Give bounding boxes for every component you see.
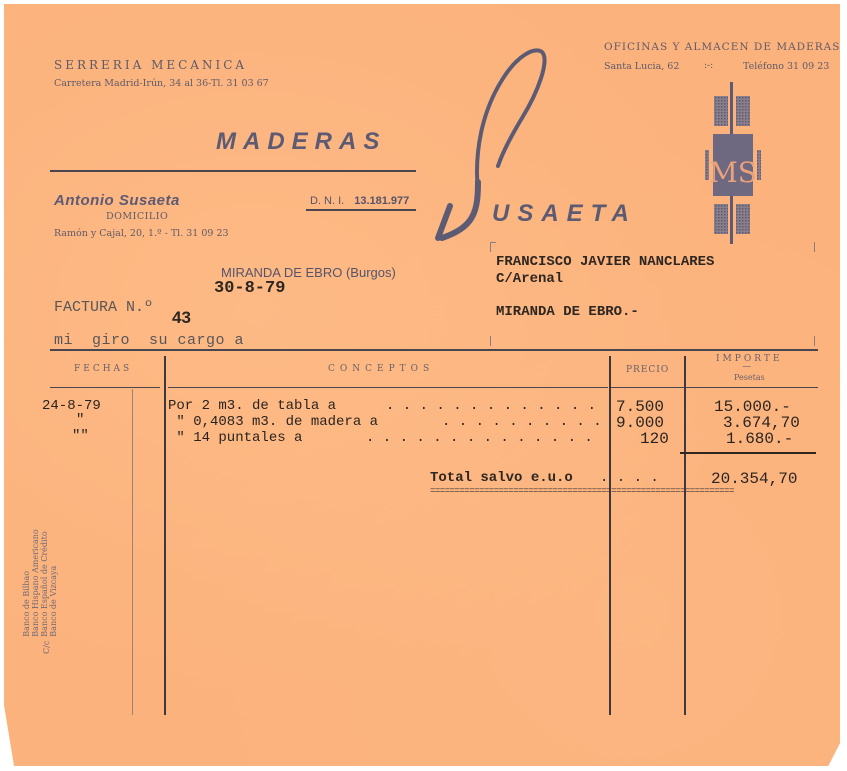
invoice-city: MIRANDA DE EBRO (Burgos) — [221, 265, 396, 280]
domicilio-label: DOMICILIO — [106, 211, 168, 222]
offices-separator: :-: — [704, 61, 713, 71]
recipient-city: MIRANDA DE EBRO.- — [496, 304, 639, 320]
bank-line: Banco Hispano Americano — [31, 529, 40, 636]
header-fechas: FECHAS — [74, 364, 132, 374]
bank-list: C/c Banco de Bilbao Banco Hispano Americ… — [22, 494, 172, 654]
dni-underline — [306, 209, 416, 211]
window-mark-br — [814, 336, 815, 346]
total-dots: . . . . — [600, 470, 659, 486]
bank-prefix: C/c — [22, 641, 58, 654]
row-concepto: " 14 puntales a — [168, 430, 302, 446]
recipient-street: C/Arenal — [496, 271, 563, 287]
row-fecha: " — [76, 412, 84, 428]
invoice-paper: SERRERIA MECANICA Carretera Madrid-Irún,… — [4, 4, 840, 766]
importe-divider — [684, 356, 686, 715]
svg-text:MS: MS — [709, 156, 757, 189]
window-mark-tr — [814, 242, 815, 252]
brand-susaeta: USAETA — [492, 200, 637, 228]
row-dots: . . . . . . . . . . — [442, 414, 602, 430]
window-mark-bl — [490, 336, 491, 346]
dni-number: 13.181.977 — [354, 195, 409, 207]
subtotal-rule — [680, 452, 816, 454]
bank-line: Banco Español de Crédito — [40, 529, 49, 636]
offices-address: Santa Lucia, 62 — [604, 61, 679, 72]
invoice-number: 43 — [172, 308, 191, 328]
fechas-header-rule — [50, 387, 160, 388]
conceptos-header-rule — [168, 387, 608, 388]
row-importe: 1.680.- — [726, 430, 793, 448]
ms-monogram-icon: MS — [700, 82, 766, 244]
header-precio: PRECIO — [626, 365, 669, 375]
header-importe-dash: — — [742, 362, 751, 372]
total-double-rule: ========================================… — [430, 486, 816, 496]
row-dots: . . . . . . . . . . . . . — [386, 398, 596, 414]
domicilio-address: Ramón y Cajal, 20, 1.º - Tl. 31 09 23 — [54, 228, 229, 239]
importe-header-rule — [686, 387, 818, 388]
offices-phone: Teléfono 31 09 23 — [743, 61, 829, 72]
owner-name: Antonio Susaeta — [54, 192, 180, 209]
precio-divider — [609, 356, 611, 715]
row-dots: . . . . . . . . . . . . . . — [366, 430, 593, 446]
row-fecha: "" — [72, 428, 89, 444]
row-fecha: 24-8-79 — [42, 398, 101, 414]
invoice-date: 30-8-79 — [214, 279, 285, 298]
letterhead-rule — [50, 170, 416, 172]
dni-label: D. N. I. — [310, 195, 344, 207]
dni: D. N. I.13.181.977 — [310, 195, 409, 207]
business-type: SERRERIA MECANICA — [54, 58, 247, 72]
precio-header-rule — [610, 387, 684, 388]
payment-terms: mi giro su cargo a — [54, 332, 244, 349]
invoice-number-label: FACTURA N.º — [54, 299, 153, 316]
table-top-rule — [50, 349, 818, 351]
bank-line: Banco de Bilbao — [22, 529, 31, 636]
window-mark-tl — [490, 242, 491, 252]
header-conceptos: CONCEPTOS — [328, 364, 434, 374]
row-precio: 120 — [640, 430, 669, 448]
business-address: Carretera Madrid-Irún, 34 al 36-Tl. 31 0… — [54, 78, 269, 89]
offices-title: OFICINAS Y ALMACEN DE MADERAS — [604, 41, 840, 53]
header-importe-unit: Pesetas — [734, 373, 765, 382]
tagline-maderas: MADERAS — [216, 128, 386, 156]
row-concepto: Por 2 m3. de tabla a — [168, 398, 336, 414]
window-mark-tl-h — [490, 242, 496, 243]
row-concepto: " 0,4083 m3. de madera a — [168, 414, 378, 430]
total-label: Total salvo e.u.o — [430, 470, 573, 486]
recipient-name: FRANCISCO JAVIER NANCLARES — [496, 254, 714, 270]
bank-line: Banco de Vizcaya — [49, 529, 58, 636]
